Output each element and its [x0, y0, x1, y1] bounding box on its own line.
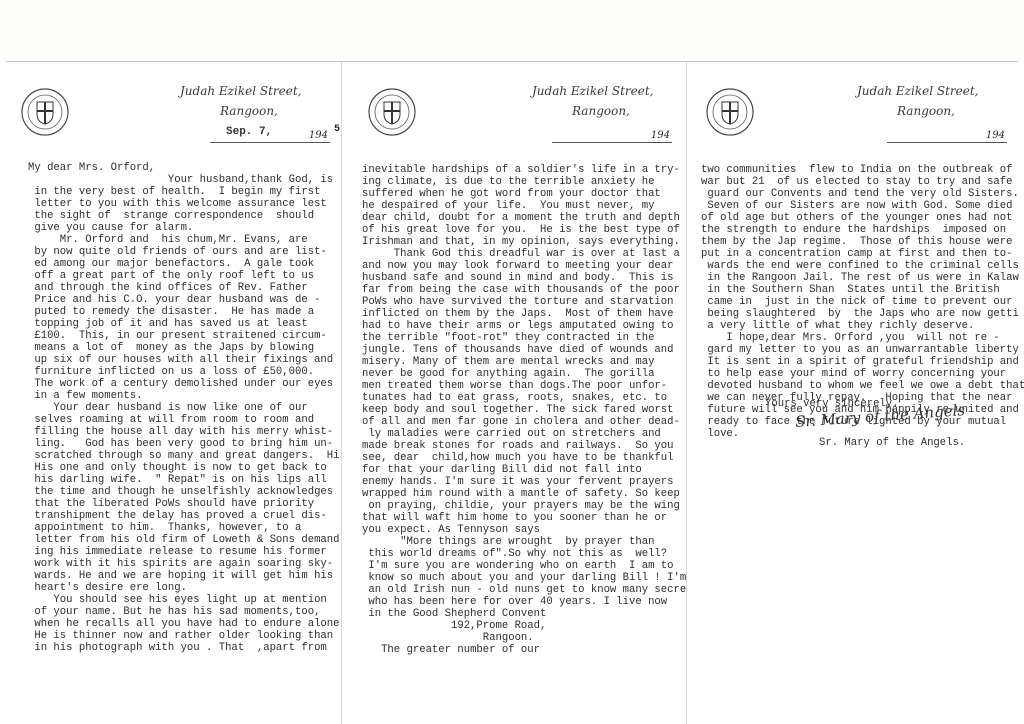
letterhead-street: Judah Ezikel Street,: [532, 84, 653, 98]
letterhead-city: Rangoon,: [897, 104, 978, 118]
printed-year: 194: [986, 130, 1005, 141]
date-line: 194: [552, 130, 672, 143]
printed-year: 194: [309, 130, 328, 141]
convent-seal-icon: [705, 87, 755, 137]
typed-year-digit: 5: [334, 124, 340, 135]
date-line: 194: [887, 130, 1007, 143]
letterhead-city: Rangoon,: [572, 104, 653, 118]
convent-seal-icon: [367, 87, 417, 137]
typed-signature: Sr. Mary of the Angels.: [819, 437, 965, 449]
letter-page-3: Judah Ezikel Street, Rangoon, 194 two co…: [686, 62, 1024, 724]
printed-year: 194: [651, 130, 670, 141]
convent-seal-icon: [20, 87, 70, 137]
letter-page-1: Judah Ezikel Street, Rangoon, Sep. 7, 19…: [0, 62, 340, 724]
typed-date: Sep. 7,: [226, 126, 272, 138]
letterhead-street: Judah Ezikel Street,: [857, 84, 978, 98]
letterhead: Judah Ezikel Street, Rangoon,: [180, 84, 301, 118]
letterhead-city: Rangoon,: [220, 104, 301, 118]
letter-page-2: Judah Ezikel Street, Rangoon, 194 inevit…: [341, 62, 686, 724]
letter-body: My dear Mrs. Orford, Your husband,thank …: [28, 162, 340, 654]
letterhead: Judah Ezikel Street, Rangoon,: [857, 84, 978, 118]
letterhead: Judah Ezikel Street, Rangoon,: [532, 84, 653, 118]
scan-margin-top: [0, 0, 1024, 62]
letterhead-street: Judah Ezikel Street,: [180, 84, 301, 98]
letter-body: inevitable hardships of a soldier's life…: [362, 164, 686, 656]
date-line: Sep. 7, 194 5: [210, 130, 330, 143]
